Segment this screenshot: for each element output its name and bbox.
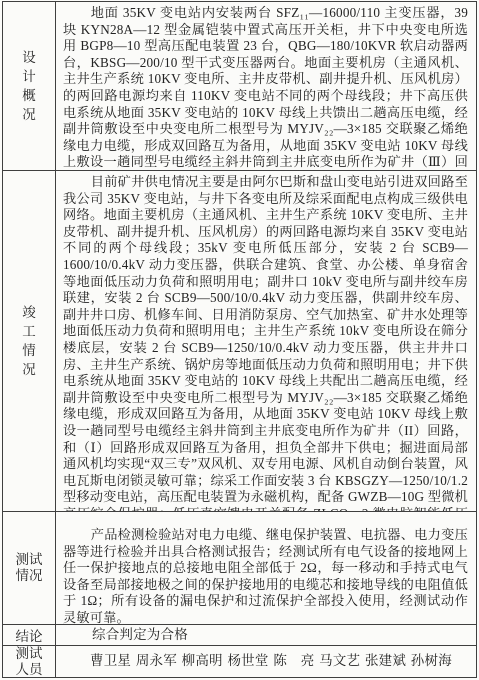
acceptance-report-table: 设 计 概 况 地面 35KV 变电站内安装两台 SFZ₁₁—16000/110… [2,1,477,678]
conclusion-label: 结论 [3,625,56,646]
test-status-paragraph: 产品检测检验站对电力电缆、继电保护装置、电抗器、电力变压器等进行检验并出具合格测… [63,527,468,625]
tester-name: 杨世堂 [227,653,268,670]
test-status-content: 产品检测检验站对电力电缆、继电保护装置、电抗器、电力变压器等进行检验并出具合格测… [56,512,476,625]
completion-status-content: 目前矿井供电情况主要是由阿尔巴斯和盘山变电站引进双回路至我公司 35KV 变电站… [56,171,476,512]
test-status-label: 测试 情况 [3,512,56,625]
tester-name: 周永军 [136,653,177,670]
conclusion-content: 综合判定为合格 [56,625,476,646]
completion-status-paragraph: 目前矿井供电情况主要是由阿尔巴斯和盘山变电站引进双回路至我公司 35KV 变电站… [63,174,468,512]
design-overview-paragraph: 地面 35KV 变电站内安装两台 SFZ₁₁—16000/110 主变压器，39… [63,5,468,171]
tester-name: 柳高明 [182,653,223,670]
tester-name: 孙树海 [411,653,452,670]
tester-name: 曹卫星 [90,653,131,670]
tester-name: 陈 亮 [273,653,314,670]
testers-label: 测试 人员 [3,646,56,677]
design-overview-content: 地面 35KV 变电站内安装两台 SFZ₁₁—16000/110 主变压器，39… [56,2,476,171]
testers-names: 曹卫星周永军柳高明杨世堂陈 亮马文艺张建斌孙树海 [56,646,476,677]
design-overview-label: 设 计 概 况 [3,2,56,171]
tester-name: 张建斌 [365,653,406,670]
conclusion-text: 综合判定为合格 [92,627,188,644]
tester-name: 马文艺 [319,653,360,670]
completion-status-label: 竣 工 情 况 [3,171,56,512]
